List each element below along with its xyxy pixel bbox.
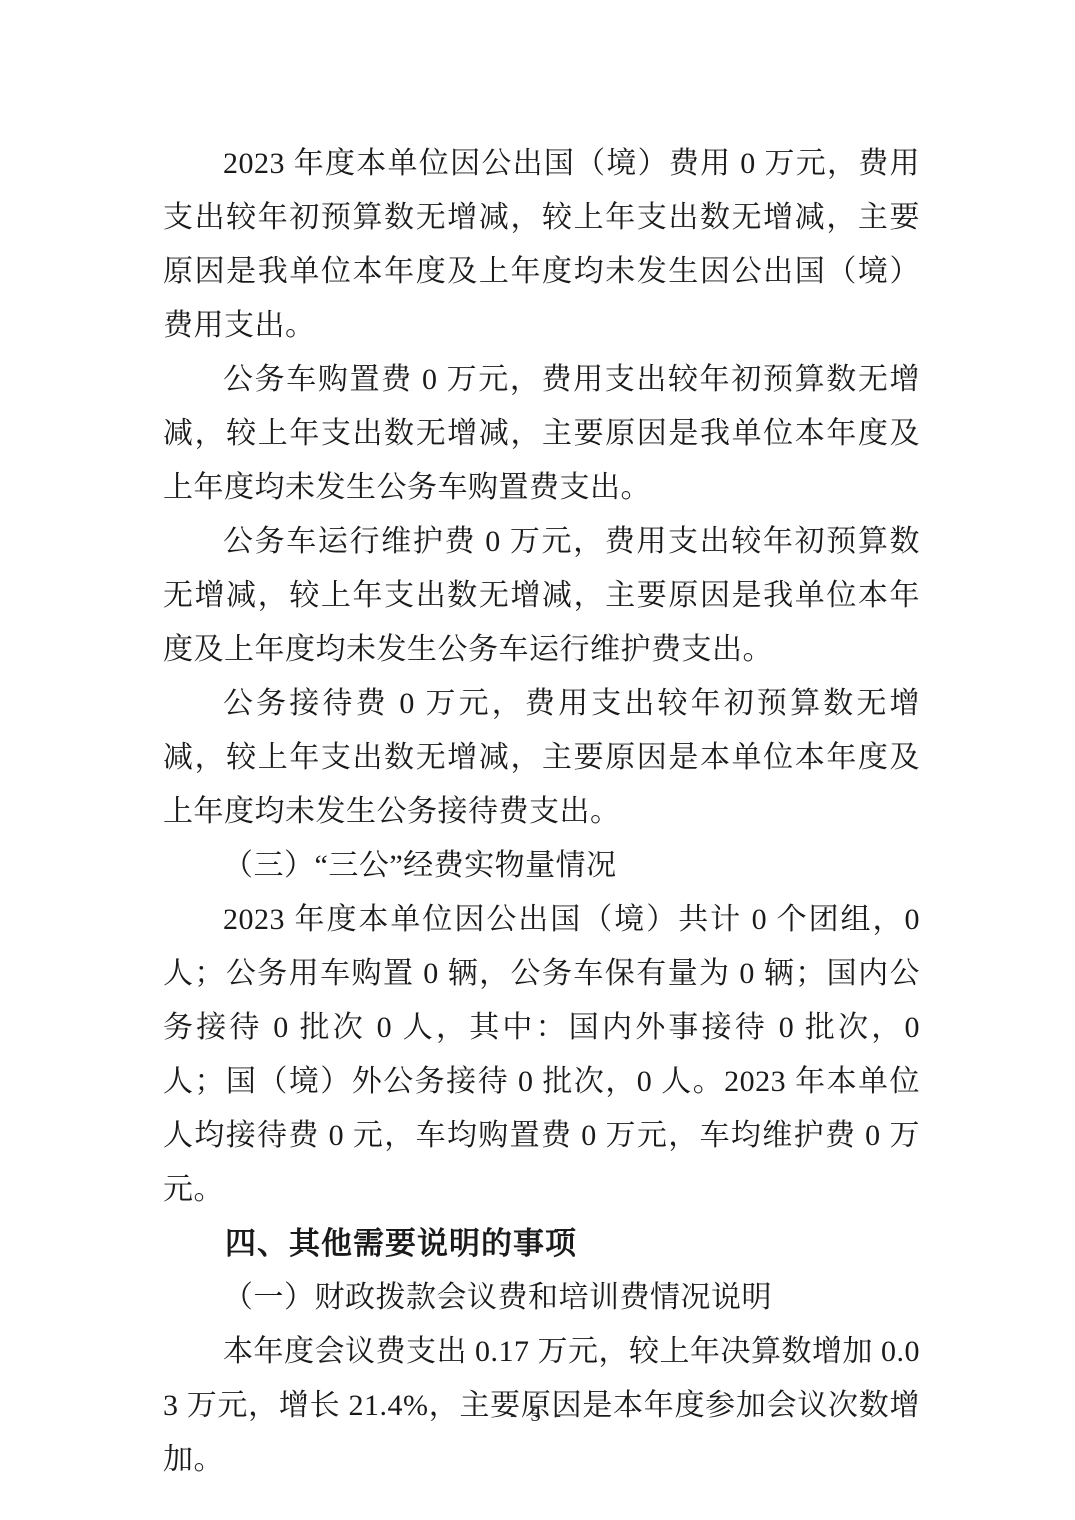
- paragraph-vehicle-purchase-expense: 公务车购置费 0 万元，费用支出较年初预算数无增减，较上年支出数无增减，主要原因…: [163, 353, 920, 515]
- document-page: 2023 年度本单位因公出国（境）费用 0 万元，费用支出较年初预算数无增减，较…: [0, 0, 1075, 1520]
- paragraph-physical-quantity-detail: 2023 年度本单位因公出国（境）共计 0 个团组，0 人；公务用车购置 0 辆…: [163, 893, 920, 1217]
- heading-section-four-other-matters: 四、其他需要说明的事项: [163, 1217, 920, 1271]
- page-number: - 5 -: [0, 1402, 1075, 1427]
- paragraph-overseas-travel-expense: 2023 年度本单位因公出国（境）费用 0 万元，费用支出较年初预算数无增减，较…: [163, 137, 920, 353]
- document-body: 2023 年度本单位因公出国（境）费用 0 万元，费用支出较年初预算数无增减，较…: [163, 137, 920, 1487]
- subheading-meeting-and-training-fee-note: （一）财政拨款会议费和培训费情况说明: [163, 1271, 920, 1325]
- paragraph-vehicle-maintenance-expense: 公务车运行维护费 0 万元，费用支出较年初预算数无增减，较上年支出数无增减，主要…: [163, 515, 920, 677]
- subheading-three-public-funds-physical-quantity: （三）“三公”经费实物量情况: [163, 839, 920, 893]
- paragraph-official-reception-expense: 公务接待费 0 万元，费用支出较年初预算数无增减，较上年支出数无增减，主要原因是…: [163, 677, 920, 839]
